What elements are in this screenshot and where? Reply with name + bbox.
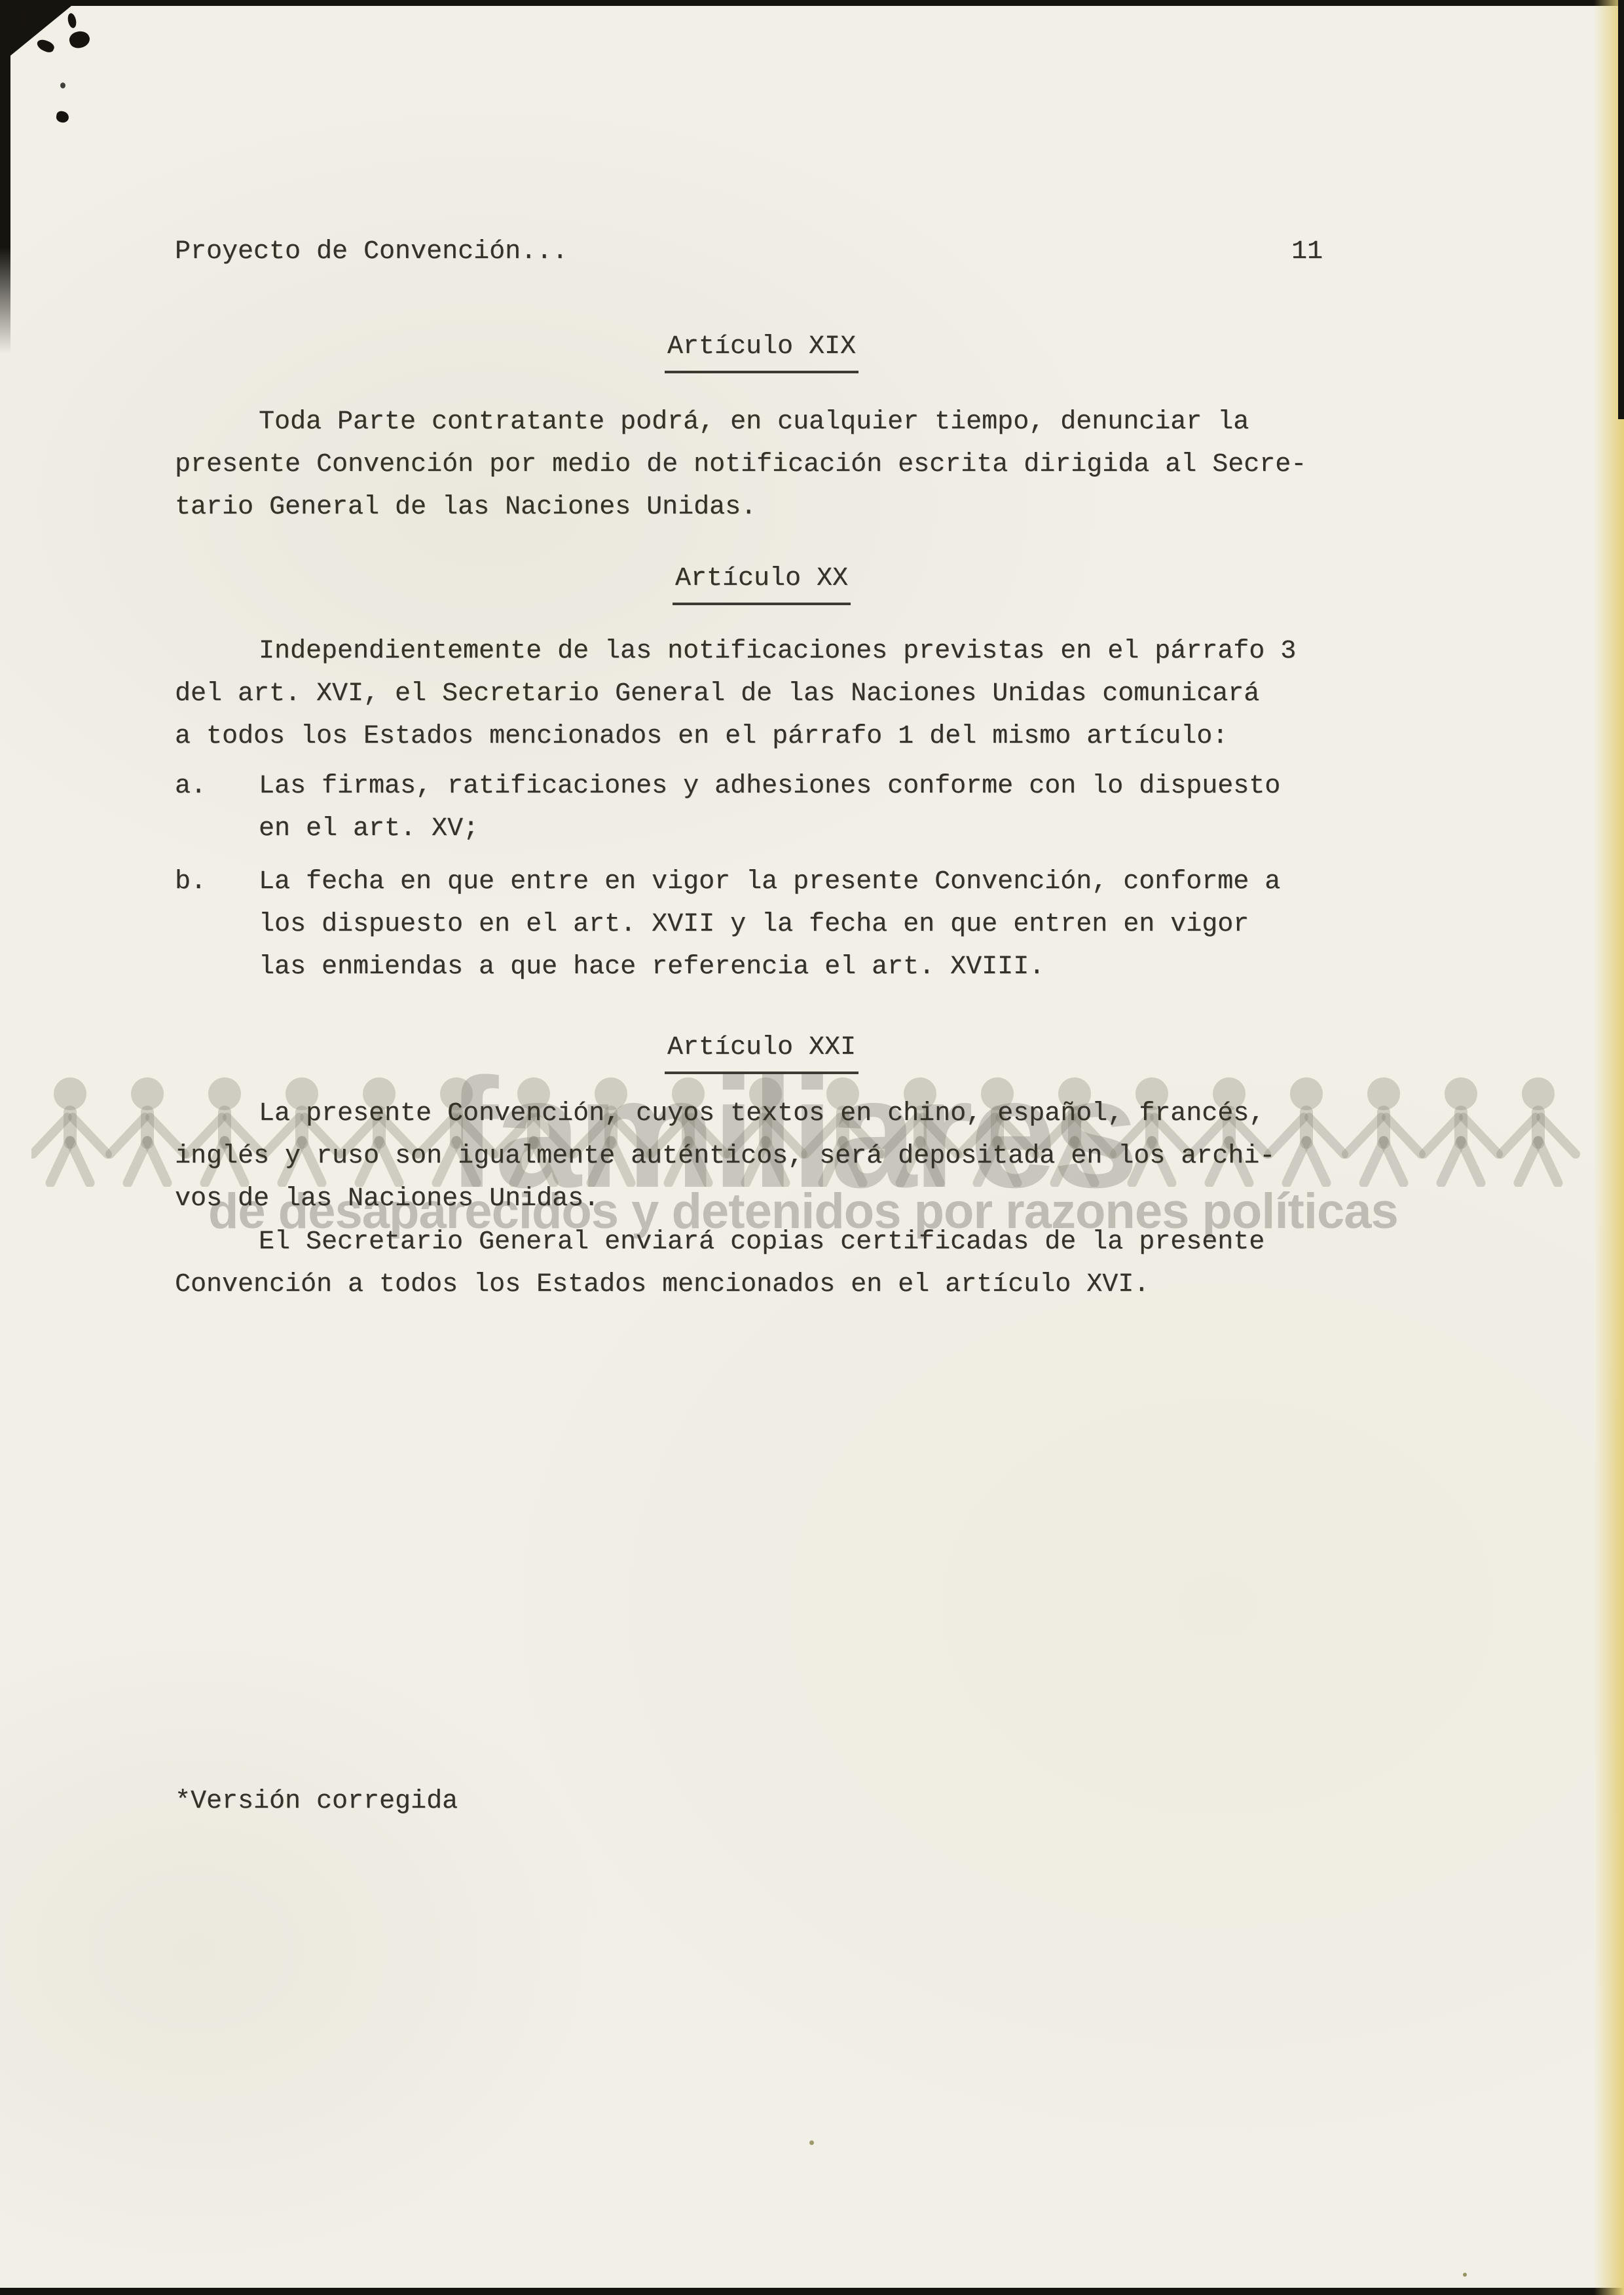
list-item-b-marker: b. [175, 861, 259, 988]
list-item-b-text: La fecha en que entre en vigor la presen… [259, 861, 1348, 988]
ink-blot [67, 12, 78, 29]
article-xxi-heading-wrap: Artículo XXI [175, 1032, 1348, 1074]
list-item-b: b. La fecha en que entre en vigor la pre… [175, 861, 1348, 988]
article-xx-heading: Artículo XX [673, 563, 851, 605]
article-xx-paragraph: Independientemente de las notificaciones… [175, 630, 1348, 758]
corner-tear [0, 0, 79, 64]
paper-speck [809, 2140, 814, 2145]
article-xix-heading: Artículo XIX [665, 331, 858, 373]
list-item-a: a. Las firmas, ratificaciones y adhesion… [175, 765, 1348, 850]
article-xix-paragraph: Toda Parte contratante podrá, en cualqui… [175, 401, 1348, 529]
ink-blot [56, 110, 70, 123]
ink-blot [67, 29, 91, 50]
article-xxi-paragraph-1: La presente Convención, cuyos textos en … [175, 1092, 1348, 1220]
paper-speck [1463, 2273, 1467, 2277]
page-number: 11 [1291, 231, 1323, 273]
list-item-a-marker: a. [175, 765, 259, 850]
ink-blot [60, 83, 65, 88]
scanned-document-page: familiares de desaparecidos y detenidos … [0, 0, 1624, 2295]
article-xix-heading-wrap: Artículo XIX [175, 331, 1348, 373]
scan-edge-left [0, 0, 10, 354]
scan-edge-top [0, 0, 1624, 6]
footnote: *Versión corregida [175, 1780, 1348, 1823]
article-xx-heading-wrap: Artículo XX [175, 563, 1348, 605]
scan-edge-bottom [0, 2288, 1624, 2295]
running-title: Proyecto de Convención... [175, 231, 1348, 273]
article-xxi-paragraph-2: El Secretario General enviará copias cer… [175, 1221, 1348, 1306]
ink-blot [35, 37, 56, 54]
scan-edge-right [1618, 0, 1624, 419]
article-xxi-heading: Artículo XXI [665, 1032, 858, 1074]
list-item-a-text: Las firmas, ratificaciones y adhesiones … [259, 765, 1348, 850]
